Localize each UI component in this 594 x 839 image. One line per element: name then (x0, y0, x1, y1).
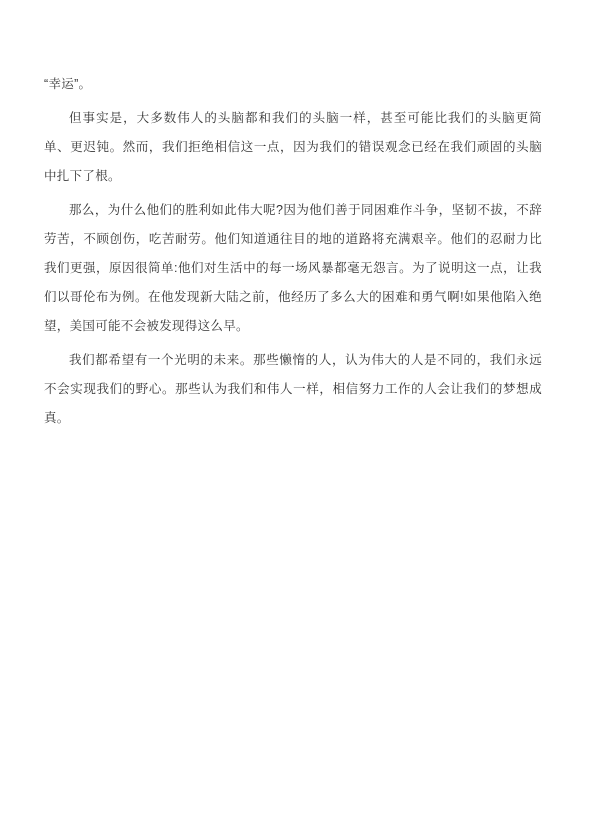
paragraph-body-3: 我们都希望有一个光明的未来。那些懒惰的人，认为伟大的人是不同的，我们永远不会实现… (44, 346, 542, 433)
document-content: “幸运”。 但事实是，大多数伟人的头脑都和我们的头脑一样，甚至可能比我们的头脑更… (44, 70, 542, 433)
paragraph-body-2: 那么，为什么他们的胜利如此伟大呢?因为他们善于同困难作斗争，坚韧不拔，不辞劳苦，… (44, 196, 542, 341)
paragraph-body-1: 但事实是，大多数伟人的头脑都和我们的头脑一样，甚至可能比我们的头脑更简单、更迟钝… (44, 104, 542, 191)
paragraph-quote-fragment: “幸运”。 (44, 70, 542, 99)
document-page: “幸运”。 但事实是，大多数伟人的头脑都和我们的头脑一样，甚至可能比我们的头脑更… (0, 0, 594, 839)
